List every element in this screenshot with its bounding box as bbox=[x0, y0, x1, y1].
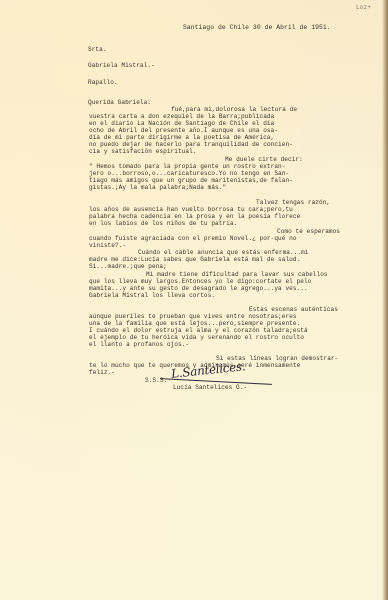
body-line: el ejemplo de tu heróica vida y serenand… bbox=[89, 334, 304, 341]
date-line: Santiago de Chile 30 de Abril de 1951. bbox=[183, 24, 331, 31]
body-line: I cuándo el dolor estruja el alma y el c… bbox=[89, 327, 308, 334]
body-line: madre me dice:Lucía sabes que Gabriela e… bbox=[89, 256, 300, 263]
body-line: no puedo dejar de hacerlo para tranquili… bbox=[89, 141, 293, 148]
body-line: jero o...borroso,o...caricaturesco.Yo no… bbox=[89, 170, 289, 177]
salutation-title: Srta. bbox=[88, 46, 107, 53]
body-line: mamita...y ante su gesto de desagrado le… bbox=[89, 285, 308, 292]
body-line: feliz.- bbox=[89, 369, 115, 376]
body-line: Mi madre tiene dificultad para lavar sus… bbox=[146, 271, 328, 278]
body-line: ocho de Abril del presente año.I aunque … bbox=[89, 127, 278, 134]
body-line: en los labios de los niños de tu patria. bbox=[89, 220, 237, 227]
recipient-name: Gabriela Mistral.- bbox=[88, 62, 155, 69]
body-line: Cuándo el cable anuncia que estás enferm… bbox=[138, 249, 309, 256]
body-line: cia y satisfación espiritual. bbox=[89, 148, 197, 155]
body-line: cuando fuiste agraciada con el premio No… bbox=[89, 235, 297, 242]
body-line: aúnque pueriles te prueban que vives ent… bbox=[89, 313, 297, 320]
body-line: vuestra carta a don ezequiel de la Barra… bbox=[89, 113, 274, 120]
body-line: Estas escenas auténticas bbox=[249, 306, 338, 313]
body-line: en el diario La Nación de Santiago de Ch… bbox=[89, 120, 274, 127]
body-line: que los lleva muy largos.Entonces yo le … bbox=[89, 278, 311, 285]
body-line: el llanto a profanos ojos.- bbox=[89, 341, 189, 348]
body-line: una de la familia que está lejos...pero,… bbox=[89, 320, 300, 327]
body-line: Como te esperamos bbox=[277, 228, 340, 235]
body-line: tiago más amigos que un grupo de mariten… bbox=[89, 177, 293, 184]
body-line: los años de ausencia han vuelto borrosa … bbox=[89, 206, 293, 213]
body-line: " Hemos tomado para la propia gente un r… bbox=[89, 163, 285, 170]
body-line: Si...madre.;que pena; bbox=[89, 263, 167, 270]
body-line: día de mi parte dirigirme a la poetisa d… bbox=[89, 134, 274, 141]
archive-code: Loz+ bbox=[356, 4, 371, 11]
letter-page: Loz+ Santiago de Chile 30 de Abril de 19… bbox=[0, 0, 388, 600]
body-line: Talvez tengas razón, bbox=[256, 199, 330, 206]
body-line: gistas.;Ay la mala palabra;Nada más." bbox=[89, 184, 226, 191]
recipient-place: Rapallo. bbox=[88, 79, 118, 86]
body-line: Gabriela Mistral los lleva cortos. bbox=[89, 292, 215, 299]
body-line: palabra hecha cadencia en la prosa y en … bbox=[89, 213, 300, 220]
body-line: viniste?.- bbox=[89, 242, 126, 249]
greeting: Querida Gabriela: bbox=[88, 99, 151, 106]
signer-name: Lucía Santelices G.- bbox=[173, 384, 247, 391]
body-line: Me duele cirte decir: bbox=[225, 156, 303, 163]
body-line: fué,para mi,dolorosa la lectura de bbox=[171, 106, 297, 113]
page-edge-shadow bbox=[382, 0, 388, 600]
